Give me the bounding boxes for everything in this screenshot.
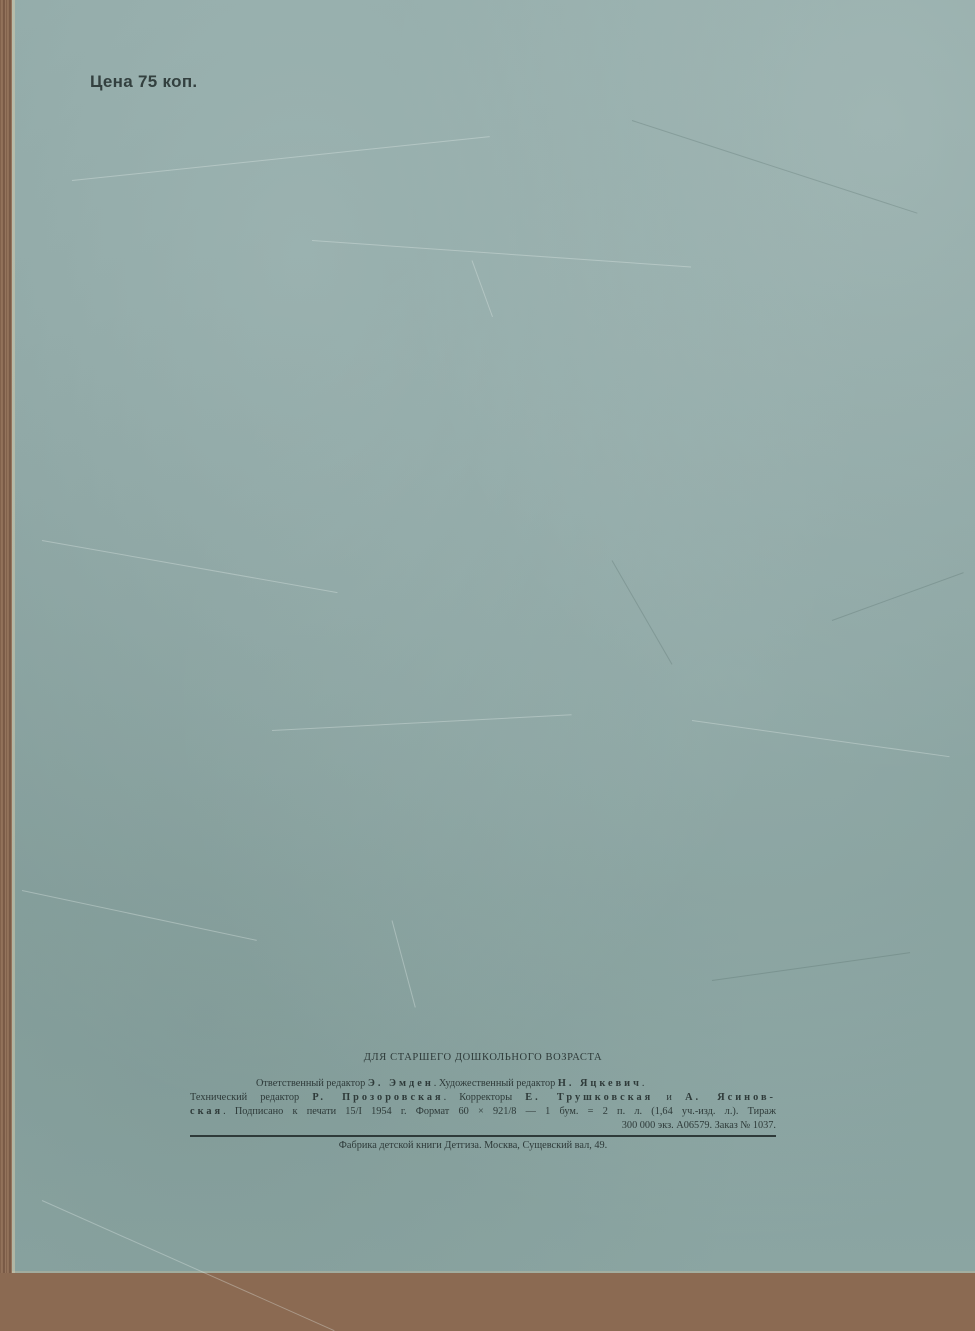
responsible-editor-label: Ответственный редактор <box>256 1078 368 1089</box>
printer-address: Фабрика детской книги Детгиза. Москва, С… <box>190 1140 776 1151</box>
paper-crease <box>692 720 950 757</box>
proofreader-name-2: А. Ясинов- <box>685 1092 776 1103</box>
paper-crease <box>612 560 673 664</box>
paper-crease <box>392 920 416 1007</box>
technical-editor-name: Р. Прозоровская <box>312 1092 443 1103</box>
price-label: Цена 75 коп. <box>90 72 197 92</box>
audience-age-label: ДЛЯ СТАРШЕГО ДОШКОЛЬНОГО ВОЗРАСТА <box>190 1052 776 1063</box>
paper-crease <box>832 572 964 621</box>
paper-crease <box>632 120 918 214</box>
imprint-credits: Ответственный редактор Э. Эмден. Художес… <box>190 1077 776 1133</box>
print-format-details: . Подписано к печати 15/I 1954 г. Формат… <box>223 1106 776 1117</box>
conjunction: и <box>653 1092 685 1103</box>
paper-crease <box>42 1200 335 1273</box>
paper-crease <box>72 136 490 181</box>
responsible-editor-name: Э. Эмден <box>368 1078 434 1089</box>
paper-crease <box>472 260 493 317</box>
paper-crease <box>272 714 572 731</box>
technical-editor-line: Технический редактор Р. Прозоровская. Ко… <box>190 1091 776 1105</box>
art-editor-name: Н. Яцкевич <box>558 1078 642 1089</box>
print-details-line: ская. Подписано к печати 15/I 1954 г. Фо… <box>190 1105 776 1119</box>
divider-rule <box>190 1135 776 1137</box>
paper-crease <box>712 952 910 981</box>
paper-crease <box>312 240 691 268</box>
art-editor-label: . Художественный редактор <box>434 1078 558 1089</box>
paper-crease <box>22 890 257 941</box>
punctuation: . <box>642 1078 645 1089</box>
technical-editor-label: Технический редактор <box>190 1092 312 1103</box>
proofreaders-label: . Корректоры <box>444 1092 526 1103</box>
paper-crease <box>42 540 338 593</box>
proofreader-name-2-end: ская <box>190 1106 223 1117</box>
print-run-line: 300 000 экз. А06579. Заказ № 1037. <box>190 1119 776 1133</box>
editors-line: Ответственный редактор Э. Эмден. Художес… <box>190 1077 776 1091</box>
proofreader-name-1: Е. Трушковская <box>525 1092 653 1103</box>
colophon: ДЛЯ СТАРШЕГО ДОШКОЛЬНОГО ВОЗРАСТА Ответс… <box>190 1052 776 1151</box>
